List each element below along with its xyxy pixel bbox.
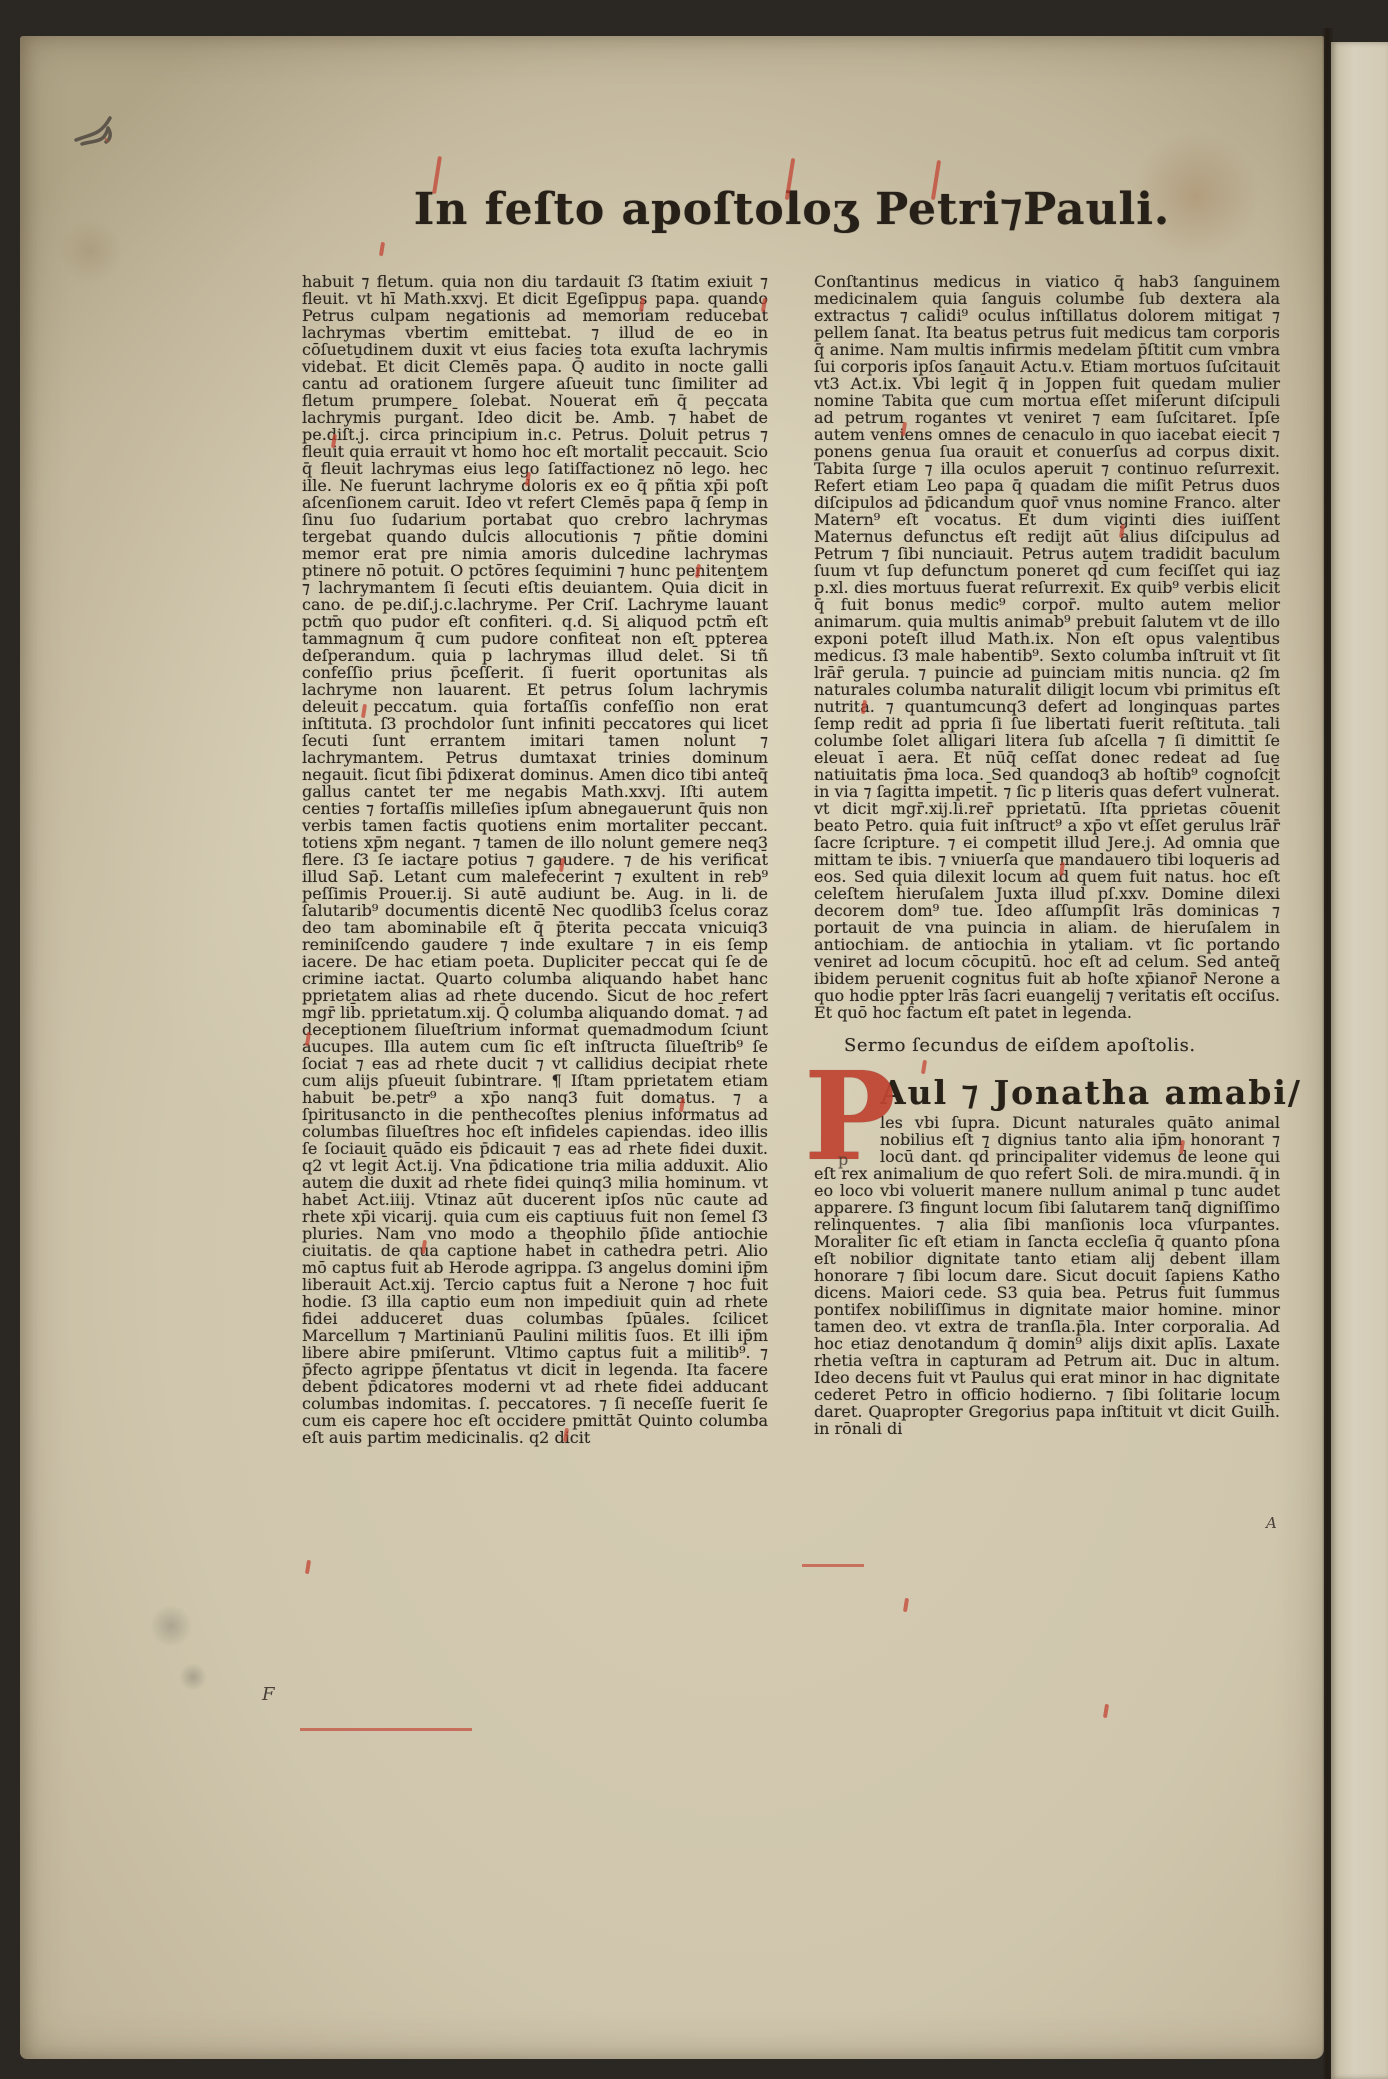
margin-mark-f: F bbox=[262, 1684, 275, 1705]
lombard-initial-p: Pp bbox=[804, 1066, 896, 1166]
adjacent-page-edge bbox=[1331, 42, 1388, 2079]
rubrication-stroke bbox=[1103, 1704, 1109, 1718]
right-column: Conſtantinus medicus in viatico q̄ hab3 … bbox=[814, 273, 1280, 1437]
page-stain bbox=[60, 216, 120, 286]
ink-squiggle-mark bbox=[70, 94, 140, 156]
rubrication-underline bbox=[802, 1564, 864, 1567]
page-stain bbox=[148, 1606, 194, 1646]
scan-background: In feſto apoſtoloʒ Petri⁊Pauli. habuit ⁊… bbox=[0, 0, 1388, 2079]
page-stain bbox=[178, 1664, 208, 1690]
sermo2-block: Pp Aul ⁊ Jonatha amabi/ les vbi ſupra. D… bbox=[814, 1072, 1280, 1437]
rubrication-stroke bbox=[379, 242, 385, 256]
rubrication-underline bbox=[300, 1728, 472, 1731]
right-column-sermo1-text: Conſtantinus medicus in viatico q̄ hab3 … bbox=[814, 273, 1280, 1021]
left-column: habuit ⁊ fletum. quia non diu tardauit ſ… bbox=[302, 273, 768, 1446]
guide-letter: p bbox=[838, 1110, 848, 1210]
book-page: In feſto apoſtoloʒ Petri⁊Pauli. habuit ⁊… bbox=[20, 36, 1324, 2059]
rubrication-stroke bbox=[903, 1598, 909, 1612]
margin-mark-a: A bbox=[1266, 1514, 1277, 1532]
rubrication-stroke bbox=[305, 1560, 311, 1574]
running-title: In feſto apoſtoloʒ Petri⁊Pauli. bbox=[302, 184, 1282, 235]
left-column-text: habuit ⁊ fletum. quia non diu tardauit ſ… bbox=[302, 273, 768, 1446]
